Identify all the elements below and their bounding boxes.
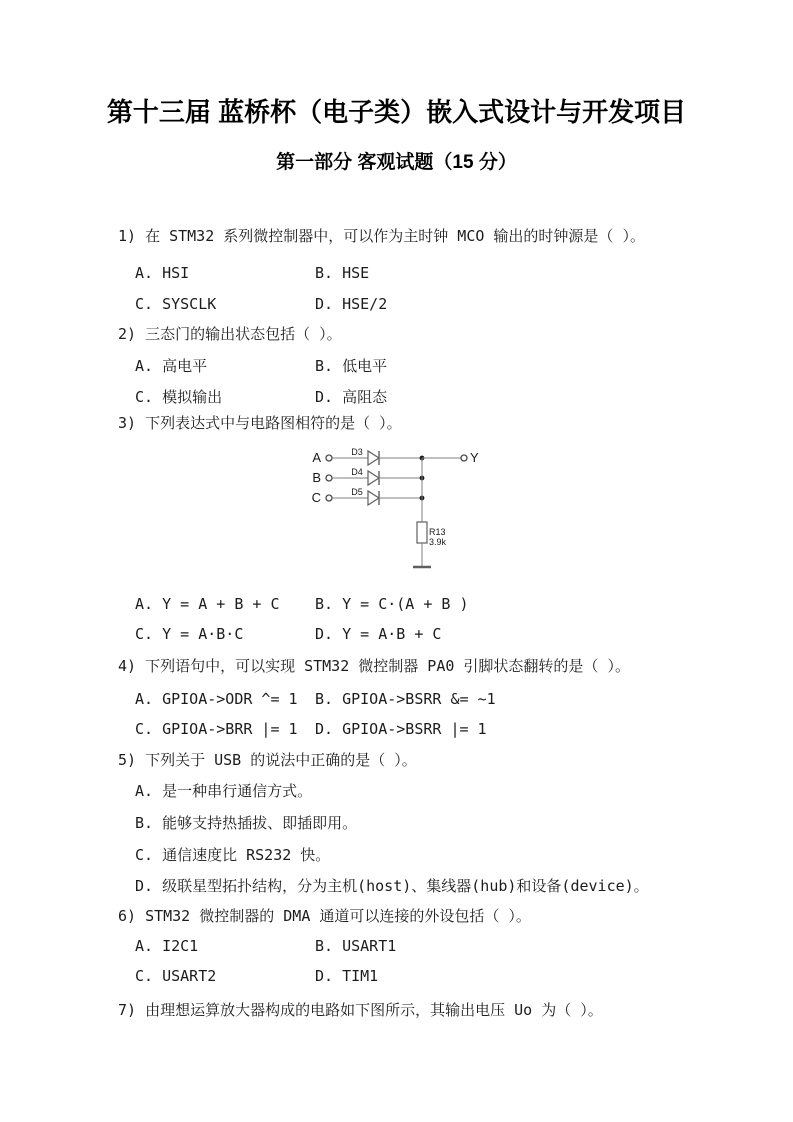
question-2-option-d: D. 高阻态 bbox=[315, 387, 387, 407]
page-title: 第十三届 蓝桥杯（电子类）嵌入式设计与开发项目 bbox=[0, 92, 793, 129]
diode-d3-label: D3 bbox=[351, 447, 363, 457]
question-4-number: 4) bbox=[118, 657, 136, 675]
circuit-output: Y bbox=[422, 450, 479, 465]
input-c-terminal bbox=[326, 495, 332, 501]
question-3-option-c: C. Y = A·B·C bbox=[135, 624, 243, 644]
question-1-text: 在 STM32 系列微控制器中，可以作为主时钟 MCO 输出的时钟源是（ ）。 bbox=[145, 227, 645, 245]
output-label: Y bbox=[470, 450, 479, 465]
diode-d4-label: D4 bbox=[351, 467, 363, 477]
question-6-option-a: A. I2C1 bbox=[135, 936, 198, 956]
diode-d5-label: D5 bbox=[351, 487, 363, 497]
question-5-option-d: D. 级联星型拓扑结构，分为主机(host)、集线器(hub)和设备(devic… bbox=[135, 876, 649, 896]
question-7: 7)由理想运算放大器构成的电路如下图所示，其输出电压 Uo 为（ ）。 bbox=[118, 1000, 603, 1020]
question-1-option-b: B. HSE bbox=[315, 263, 369, 283]
circuit-row-a: A D3 bbox=[312, 447, 424, 465]
question-5-option-c: C. 通信速度比 RS232 快。 bbox=[135, 845, 330, 865]
question-1-option-a: A. HSI bbox=[135, 263, 189, 283]
question-3: 3)下列表达式中与电路图相符的是（ ）。 bbox=[118, 413, 402, 433]
question-2-option-c: C. 模拟输出 bbox=[135, 387, 222, 407]
question-6-number: 6) bbox=[118, 907, 136, 925]
question-1-number: 1) bbox=[118, 227, 136, 245]
question-4-option-d: D. GPIOA->BSRR |= 1 bbox=[315, 719, 487, 739]
question-2-text: 三态门的输出状态包括（ ）。 bbox=[145, 325, 342, 343]
question-5-option-b: B. 能够支持热插拔、即插即用。 bbox=[135, 813, 357, 833]
question-7-number: 7) bbox=[118, 1001, 136, 1019]
question-1-option-d: D. HSE/2 bbox=[315, 294, 387, 314]
input-c-label: C bbox=[312, 490, 321, 505]
question-3-option-a: A. Y = A + B + C bbox=[135, 594, 280, 614]
question-7-text: 由理想运算放大器构成的电路如下图所示，其输出电压 Uo 为（ ）。 bbox=[145, 1001, 603, 1019]
question-4-option-c: C. GPIOA->BRR |= 1 bbox=[135, 719, 298, 739]
section-heading: 第一部分 客观试题（15 分） bbox=[0, 147, 793, 174]
input-a-label: A bbox=[312, 450, 321, 465]
circuit-row-b: B D4 bbox=[312, 467, 424, 485]
question-2-option-b: B. 低电平 bbox=[315, 356, 387, 376]
circuit-diagram: A D3 B D4 C D5 bbox=[300, 440, 490, 580]
input-a-terminal bbox=[326, 455, 332, 461]
output-terminal bbox=[461, 455, 467, 461]
diode-d4-icon bbox=[368, 471, 379, 485]
resistor-value-label: 3.9k bbox=[429, 537, 447, 547]
question-5-number: 5) bbox=[118, 751, 136, 769]
resistor-name-label: R13 bbox=[429, 527, 446, 537]
exam-document-page: 第十三届 蓝桥杯（电子类）嵌入式设计与开发项目 第一部分 客观试题（15 分） … bbox=[0, 0, 793, 1122]
resistor-icon bbox=[417, 522, 427, 543]
question-6-text: STM32 微控制器的 DMA 通道可以连接的外设包括（ ）。 bbox=[145, 907, 531, 925]
circuit-row-c: C D5 bbox=[312, 487, 425, 505]
question-6-option-c: C. USART2 bbox=[135, 966, 216, 986]
question-1-option-c: C. SYSCLK bbox=[135, 294, 216, 314]
question-6-option-d: D. TIM1 bbox=[315, 966, 378, 986]
question-4-option-a: A. GPIOA->ODR ^= 1 bbox=[135, 689, 298, 709]
input-b-terminal bbox=[326, 475, 332, 481]
question-3-number: 3) bbox=[118, 414, 136, 432]
question-5-option-a: A. 是一种串行通信方式。 bbox=[135, 781, 312, 801]
question-3-text: 下列表达式中与电路图相符的是（ ）。 bbox=[145, 414, 402, 432]
question-4-text: 下列语句中，可以实现 STM32 微控制器 PA0 引脚状态翻转的是（ ）。 bbox=[145, 657, 630, 675]
question-3-option-d: D. Y = A·B + C bbox=[315, 624, 441, 644]
question-6-option-b: B. USART1 bbox=[315, 936, 396, 956]
question-2-option-a: A. 高电平 bbox=[135, 356, 207, 376]
question-5: 5)下列关于 USB 的说法中正确的是（ ）。 bbox=[118, 750, 417, 770]
question-6: 6)STM32 微控制器的 DMA 通道可以连接的外设包括（ ）。 bbox=[118, 906, 531, 926]
question-5-text: 下列关于 USB 的说法中正确的是（ ）。 bbox=[145, 751, 417, 769]
circuit-pulldown: R13 3.9k bbox=[413, 458, 447, 567]
diode-d3-icon bbox=[368, 451, 379, 465]
question-4: 4)下列语句中，可以实现 STM32 微控制器 PA0 引脚状态翻转的是（ ）。 bbox=[118, 656, 630, 676]
diode-d5-icon bbox=[368, 491, 379, 505]
question-3-option-b: B. Y = C·(A + B ) bbox=[315, 594, 469, 614]
input-b-label: B bbox=[312, 470, 321, 485]
question-2-number: 2) bbox=[118, 325, 136, 343]
question-4-option-b: B. GPIOA->BSRR &= ~1 bbox=[315, 689, 496, 709]
question-2: 2)三态门的输出状态包括（ ）。 bbox=[118, 324, 342, 344]
question-1: 1)在 STM32 系列微控制器中，可以作为主时钟 MCO 输出的时钟源是（ ）… bbox=[118, 226, 645, 246]
